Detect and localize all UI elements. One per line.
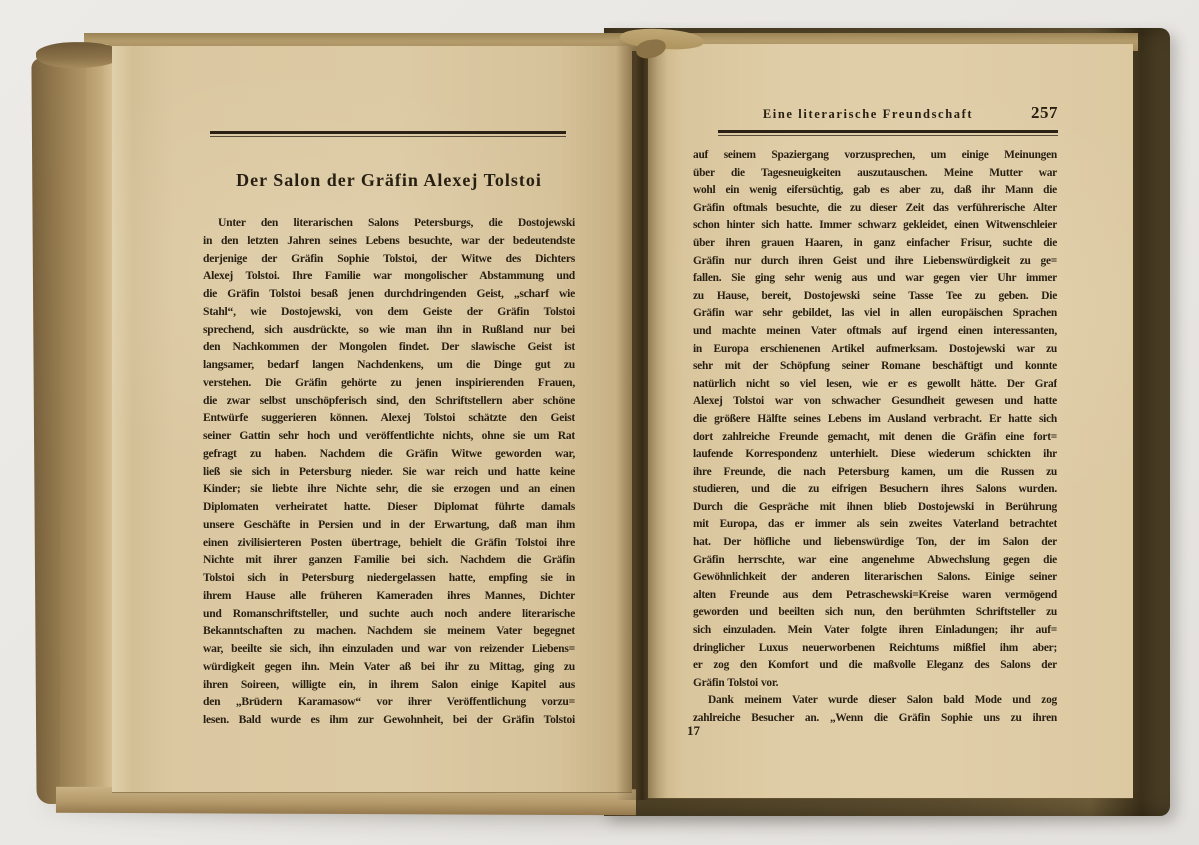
text-line: würdigkeit gegen ihn. Mein Vater aß bei … <box>203 658 575 676</box>
text-line: dort zahlreiche Freunde gemacht, mit den… <box>693 429 1057 447</box>
text-line: Durch die Gespräche mit ihnen blieb Dost… <box>693 499 1057 517</box>
text-line: laufende Korrespondenz unterhielt. Diese… <box>693 446 1057 464</box>
text-line: über die Tagesneuigkeiten auszutauschen.… <box>693 165 1057 183</box>
text-line: über ihren grauen Haaren, in ganz einfac… <box>693 235 1057 253</box>
signature-mark: 17 <box>687 723 700 739</box>
text-line: in den letzten Jahren seines Lebens besu… <box>203 232 575 250</box>
text-line: verstehen. Die Gräfin gehörte zu jenen i… <box>203 374 575 392</box>
text-line: Gräfin nur durch ihren Geist und ihre Li… <box>693 253 1057 271</box>
text-line: die zwar selbst unschöpferisch sind, den… <box>203 392 575 410</box>
text-line: natürlich nicht so viel lesen, wie er es… <box>693 376 1057 394</box>
text-line: hat. Der höfliche und liebenswürdige Ton… <box>693 534 1057 552</box>
text-line: ihrem Hause alle früheren Kameraden ihre… <box>203 587 575 605</box>
text-line: Unter den literarischen Salons Petersbur… <box>203 214 575 232</box>
text-line: schon hinter sich hatte. Immer schwarz g… <box>693 217 1057 235</box>
text-line: war, beeilte sie sich, ihn einzuladen un… <box>203 640 575 658</box>
running-head: Eine literarische Freundschaft <box>718 107 1018 122</box>
text-line: seiner Gattin sehr hoch und veröffentlic… <box>203 427 575 445</box>
text-line: ließ sie sich in Petersburg nieder. Sie … <box>203 463 575 481</box>
text-line: gefragt zu haben. Nachdem die Gräfin Wit… <box>203 445 575 463</box>
text-line: geworden und beeilten sich nun, den berü… <box>693 604 1057 622</box>
text-line: mit Europa, das er immer als sein zweite… <box>693 516 1057 534</box>
right-page-body-text: auf seinem Spaziergang vorzusprechen, um… <box>693 147 1057 728</box>
text-line: dringlicher Luxus neuerworbenen Reichtum… <box>693 640 1057 658</box>
text-line: sich einzuladen. Mein Vater folgte ihren… <box>693 622 1057 640</box>
text-line: Gräfin war sehr gebildet, las viel in al… <box>693 305 1057 323</box>
book-gutter <box>616 40 668 800</box>
running-head-rule <box>718 130 1058 136</box>
text-line: alten Freunde aus dem Petraschewski=Krei… <box>693 587 1057 605</box>
text-line: studieren, und die zu eifrigen Besuchern… <box>693 481 1057 499</box>
text-line: wohl ein wenig eifersüchtig, gab es aber… <box>693 182 1057 200</box>
text-line: Kinder; sie liebte ihre Nichte sehr, die… <box>203 480 575 498</box>
text-line: Stahl“, wie Dostojewski, von dem Geiste … <box>203 303 575 321</box>
text-line: Gräfin Tolstoi vor. <box>693 675 1057 693</box>
text-line: den „Brüdern Karamasow“ vor ihrer Veröff… <box>203 693 575 711</box>
text-line: und Romanschriftsteller, und suchte auch… <box>203 605 575 623</box>
chapter-title: Der Salon der Gräfin Alexej Tolstoi <box>203 170 575 191</box>
text-line: einen zivilisierteren Posten übertrage, … <box>203 534 575 552</box>
text-line: derjenige der Gräfin Sophie Tolstoi, der… <box>203 250 575 268</box>
text-line: in Europa erschienenen Artikel aufmerksa… <box>693 341 1057 359</box>
text-line: zahlreiche Besucher an. „Wenn die Gräfin… <box>693 710 1057 728</box>
text-line: Diplomaten verheiratet hatte. Dieser Dip… <box>203 498 575 516</box>
text-line: Gewöhnlichkeit der anderen literarischen… <box>693 569 1057 587</box>
text-line: auf seinem Spaziergang vorzusprechen, um… <box>693 147 1057 165</box>
text-line: fallen. Sie ging sehr wenig aus und war … <box>693 270 1057 288</box>
text-line: Alexej Tolstoi. Ihre Familie war mongoli… <box>203 267 575 285</box>
text-line: Gräfin herrschte, war eine angenehme Abw… <box>693 552 1057 570</box>
text-line: lesen. Bald wurde es ihm zur Gewohnheit,… <box>203 711 575 729</box>
text-line: Nichte mit ihrer ganzen Familie bei sich… <box>203 551 575 569</box>
book-scan: Der Salon der Gräfin Alexej Tolstoi Unte… <box>0 0 1199 845</box>
page-number: 257 <box>1000 103 1058 123</box>
text-line: und machte meinen Vater oftmals auf irge… <box>693 323 1057 341</box>
text-line: ihren Soireen, willigte ein, in ihrem Sa… <box>203 676 575 694</box>
text-line: sprechend, sich ausdrückte, so wie man i… <box>203 321 575 339</box>
text-line: die Gräfin Tolstoi besaß jenen durchdrin… <box>203 285 575 303</box>
text-line: Tolstoi sich in Petersburg niedergelasse… <box>203 569 575 587</box>
text-line: Gräfin oftmals besuchte, die zu dieser Z… <box>693 200 1057 218</box>
text-line: Dank meinem Vater wurde dieser Salon bal… <box>693 692 1057 710</box>
text-line: ihre Freunde, die nach Petersburg kamen,… <box>693 464 1057 482</box>
text-line: Entwürfe suggerieren können. Alexej Tols… <box>203 409 575 427</box>
text-line: Alexej Tolstoi war von schwacher Gesundh… <box>693 393 1057 411</box>
text-line: sehr mit der Schöpfung seiner Romane bes… <box>693 358 1057 376</box>
text-line: zu Hause, bereit, Dostojewski seine Tass… <box>693 288 1057 306</box>
text-line: die größere Hälfte seines Lebens im Ausl… <box>693 411 1057 429</box>
text-line: den Nachkommen der Mongolen findet. Der … <box>203 338 575 356</box>
chapter-head-rule <box>210 131 566 137</box>
text-line: er zog den Komfort und die maßvolle Eleg… <box>693 657 1057 675</box>
text-line: unsere Geschäfte in Persien und in der E… <box>203 516 575 534</box>
text-line: langsamer, bedarf langen Nachdenkens, um… <box>203 356 575 374</box>
left-page-body-text: Unter den literarischen Salons Petersbur… <box>203 214 575 729</box>
text-line: Bekanntschaften zu machen. Nachdem sie m… <box>203 622 575 640</box>
